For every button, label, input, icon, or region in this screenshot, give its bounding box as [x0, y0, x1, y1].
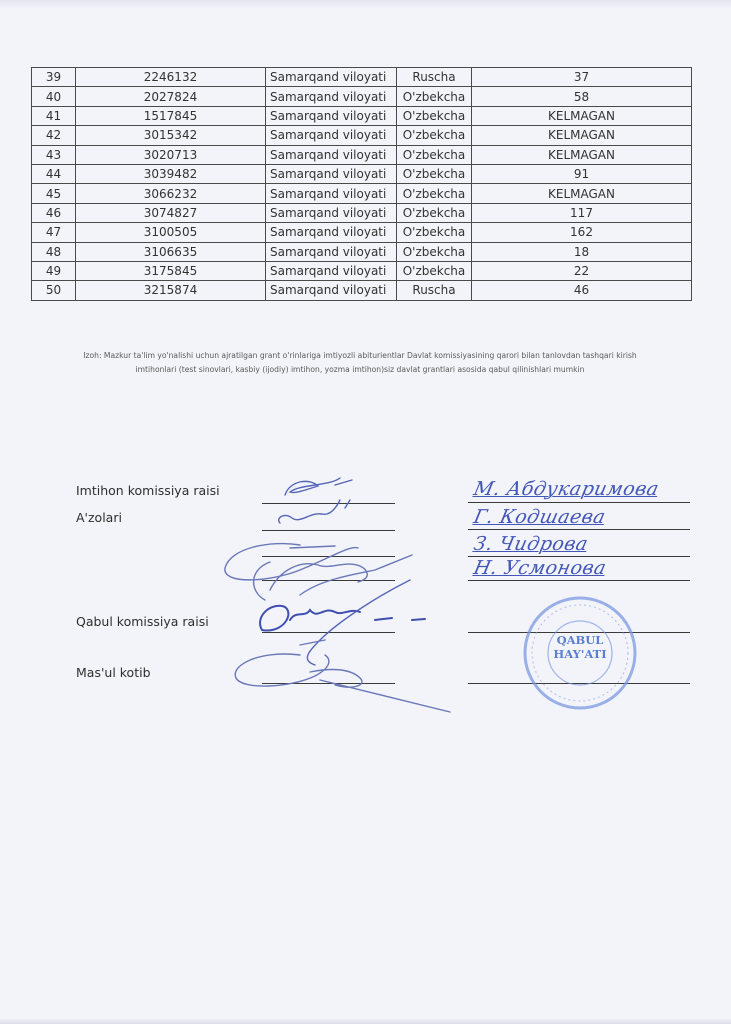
region-cell: Samarqand viloyati [266, 68, 397, 87]
score-cell: 117 [472, 203, 692, 222]
row-number-cell: 43 [32, 145, 76, 164]
official-stamp: QABUL HAY'ATI [512, 595, 648, 715]
table-row: 493175845Samarqand viloyatiO'zbekcha22 [32, 261, 692, 280]
score-cell: 58 [472, 87, 692, 106]
region-cell: Samarqand viloyati [266, 261, 397, 280]
score-cell: 22 [472, 261, 692, 280]
region-cell: Samarqand viloyati [266, 281, 397, 300]
applicant-id-cell: 3015342 [76, 126, 266, 145]
handwritten-name-4: Н. Усмонова [472, 557, 609, 579]
row-number-cell: 45 [32, 184, 76, 203]
scan-bottom-edge [0, 1018, 731, 1024]
table-row: 392246132Samarqand viloyatiRuscha37 [32, 68, 692, 87]
exam-commission-chair-label: Imtihon komissiya raisi [76, 483, 220, 498]
row-number-cell: 39 [32, 68, 76, 87]
row-number-cell: 47 [32, 223, 76, 242]
applicant-id-cell: 3074827 [76, 203, 266, 222]
row-number-cell: 41 [32, 106, 76, 125]
handwritten-name-3: З. Чидрова [472, 533, 591, 555]
language-cell: O'zbekcha [397, 126, 472, 145]
table-row: 503215874Samarqand viloyatiRuscha46 [32, 281, 692, 300]
language-cell: O'zbekcha [397, 164, 472, 183]
score-cell: 91 [472, 164, 692, 183]
handwritten-name-2: Г. Кодшаева [472, 506, 608, 528]
row-number-cell: 40 [32, 87, 76, 106]
region-cell: Samarqand viloyati [266, 203, 397, 222]
signature-line [262, 530, 395, 531]
language-cell: O'zbekcha [397, 242, 472, 261]
name-line [468, 529, 690, 530]
score-cell: 162 [472, 223, 692, 242]
table-row: 411517845Samarqand viloyatiO'zbekchaKELM… [32, 106, 692, 125]
row-number-cell: 50 [32, 281, 76, 300]
region-cell: Samarqand viloyati [266, 145, 397, 164]
secretary-label: Mas'ul kotib [76, 665, 151, 680]
note-line-2: imtihonlari (test sinovlari, kasbiy (ijo… [40, 363, 680, 377]
row-number-cell: 46 [32, 203, 76, 222]
table-row: 483106635Samarqand viloyatiO'zbekcha18 [32, 242, 692, 261]
row-number-cell: 49 [32, 261, 76, 280]
table-row: 423015342Samarqand viloyatiO'zbekchaKELM… [32, 126, 692, 145]
score-cell: KELMAGAN [472, 145, 692, 164]
table-row: 473100505Samarqand viloyatiO'zbekcha162 [32, 223, 692, 242]
members-label: A'zolari [76, 510, 122, 525]
handwritten-name-1: М. Абдукаримова [472, 478, 661, 500]
signature-line [262, 580, 395, 581]
row-number-cell: 48 [32, 242, 76, 261]
region-cell: Samarqand viloyati [266, 223, 397, 242]
region-cell: Samarqand viloyati [266, 106, 397, 125]
language-cell: Ruscha [397, 68, 472, 87]
region-cell: Samarqand viloyati [266, 164, 397, 183]
row-number-cell: 42 [32, 126, 76, 145]
table-row: 443039482Samarqand viloyatiO'zbekcha91 [32, 164, 692, 183]
stamp-text-line-1: QABUL [512, 633, 648, 647]
name-line [468, 580, 690, 581]
score-cell: 46 [472, 281, 692, 300]
language-cell: O'zbekcha [397, 87, 472, 106]
row-number-cell: 44 [32, 164, 76, 183]
applicant-id-cell: 2246132 [76, 68, 266, 87]
signature-line [262, 556, 395, 557]
language-cell: O'zbekcha [397, 223, 472, 242]
applicant-id-cell: 2027824 [76, 87, 266, 106]
table-row: 433020713Samarqand viloyatiO'zbekchaKELM… [32, 145, 692, 164]
applicant-id-cell: 3215874 [76, 281, 266, 300]
signature-scribble-icon [225, 478, 450, 712]
language-cell: O'zbekcha [397, 261, 472, 280]
score-cell: KELMAGAN [472, 126, 692, 145]
applicant-id-cell: 3066232 [76, 184, 266, 203]
language-cell: O'zbekcha [397, 184, 472, 203]
note-text: Izoh: Mazkur ta'lim yo'nalishi uchun ajr… [40, 349, 680, 377]
name-line [468, 502, 690, 503]
language-cell: O'zbekcha [397, 106, 472, 125]
applicant-id-cell: 1517845 [76, 106, 266, 125]
applicant-id-cell: 3106635 [76, 242, 266, 261]
admission-commission-chair-label: Qabul komissiya raisi [76, 614, 209, 629]
region-cell: Samarqand viloyati [266, 242, 397, 261]
region-cell: Samarqand viloyati [266, 184, 397, 203]
score-cell: KELMAGAN [472, 106, 692, 125]
signature-line [262, 632, 395, 633]
scan-top-edge [0, 0, 731, 8]
table-row: 453066232Samarqand viloyatiO'zbekchaKELM… [32, 184, 692, 203]
language-cell: O'zbekcha [397, 203, 472, 222]
applicant-id-cell: 3020713 [76, 145, 266, 164]
language-cell: O'zbekcha [397, 145, 472, 164]
applicant-id-cell: 3039482 [76, 164, 266, 183]
score-cell: 37 [472, 68, 692, 87]
region-cell: Samarqand viloyati [266, 126, 397, 145]
region-cell: Samarqand viloyati [266, 87, 397, 106]
score-cell: KELMAGAN [472, 184, 692, 203]
applicant-id-cell: 3100505 [76, 223, 266, 242]
table-row: 463074827Samarqand viloyatiO'zbekcha117 [32, 203, 692, 222]
signature-line [262, 683, 395, 684]
results-table: 392246132Samarqand viloyatiRuscha3740202… [31, 67, 692, 301]
stamp-text-line-2: HAY'ATI [512, 647, 648, 661]
language-cell: Ruscha [397, 281, 472, 300]
note-line-1: Izoh: Mazkur ta'lim yo'nalishi uchun ajr… [40, 349, 680, 363]
table-row: 402027824Samarqand viloyatiO'zbekcha58 [32, 87, 692, 106]
signature-line [262, 503, 395, 504]
score-cell: 18 [472, 242, 692, 261]
applicant-id-cell: 3175845 [76, 261, 266, 280]
